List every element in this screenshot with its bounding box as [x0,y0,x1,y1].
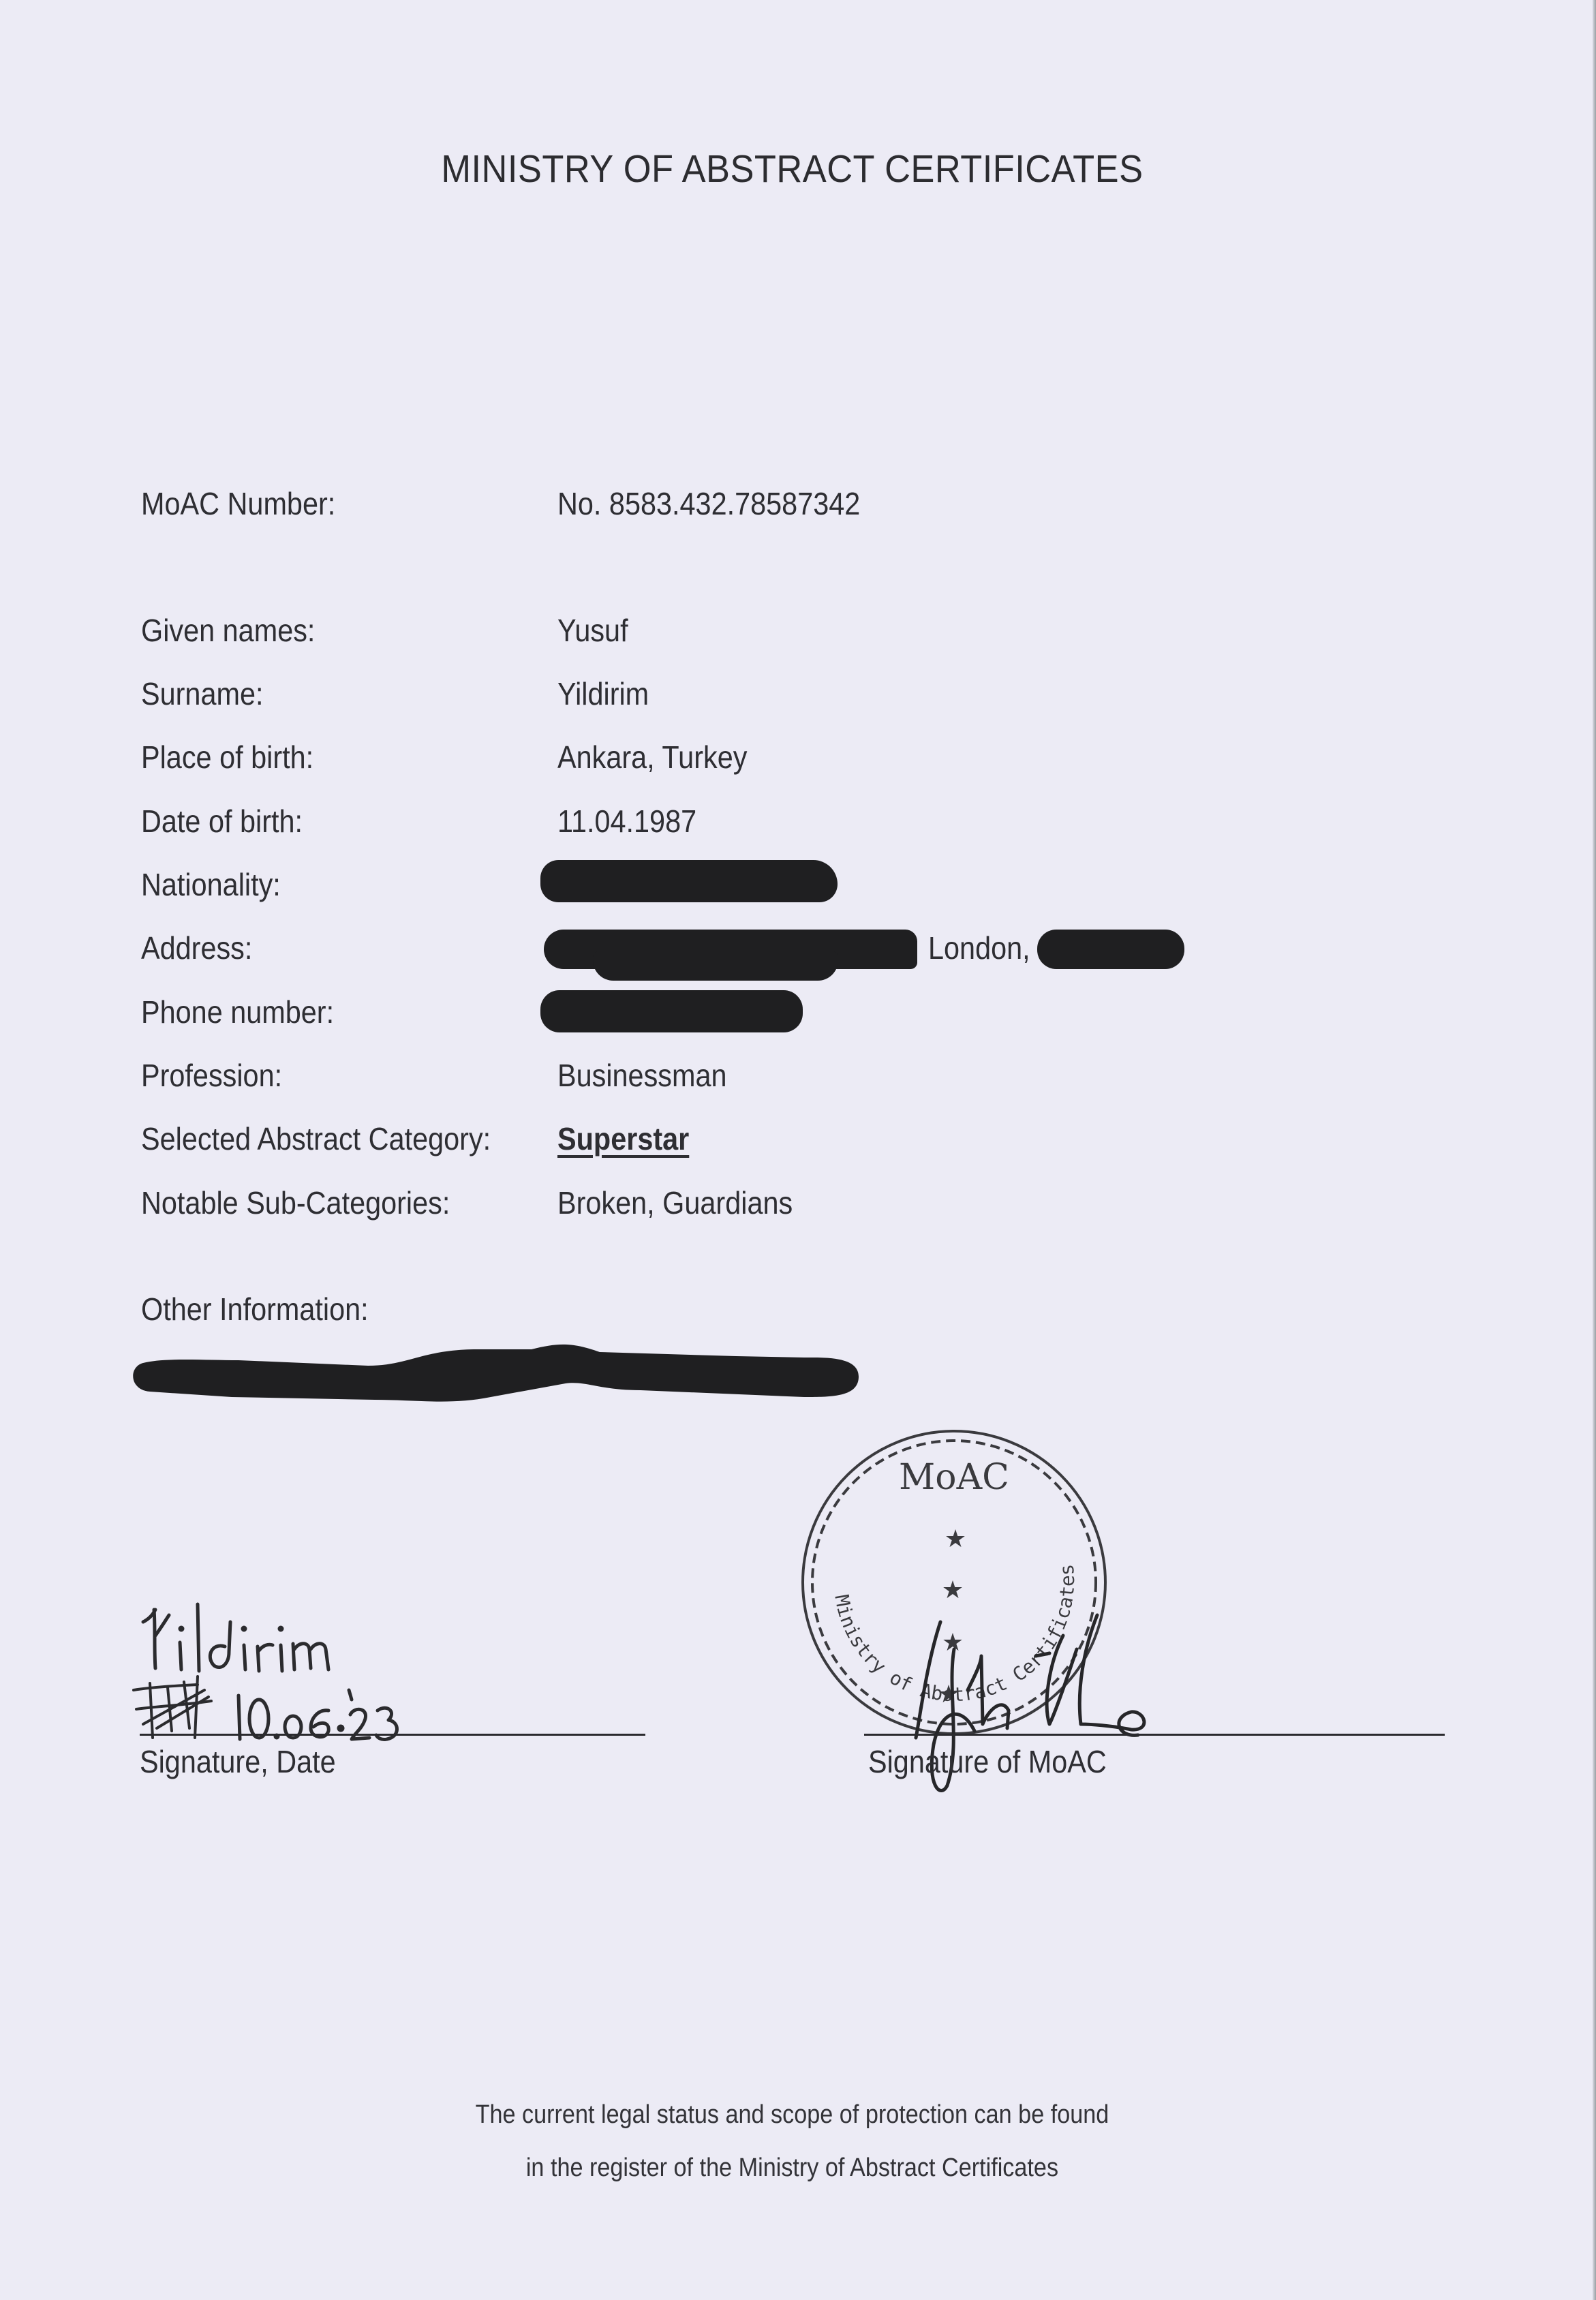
field-value: 11.04.1987 [557,803,696,840]
footer-line-1: The current legal status and scope of pr… [79,2100,1505,2130]
holder-handwritten-signature [129,1595,470,1745]
redaction-address-postcode [1037,930,1184,969]
moac-signature-caption: Signature of MoAC [868,1743,1107,1780]
field-label: Notable Sub-Categories: [141,1184,450,1221]
field-abstract-category: Selected Abstract Category: Superstar [0,1120,1596,1161]
field-sub-categories: Notable Sub-Categories: Broken, Guardian… [0,1184,1596,1225]
field-value: Ankara, Turkey [557,739,747,776]
field-label: Nationality: [141,866,281,903]
stamp-center-text: MoAC [899,1457,1009,1498]
field-label: Phone number: [141,994,334,1030]
field-value-city: London, [928,930,1030,966]
redaction-nationality [540,860,838,902]
field-profession: Profession: Businessman [0,1057,1596,1098]
field-label: Given names: [141,612,315,649]
field-label: Place of birth: [141,739,313,776]
field-value: Yusuf [557,612,628,649]
field-value: Yildirim [557,675,649,712]
field-label: Profession: [141,1057,282,1094]
star-icon: ★ [942,1576,964,1604]
redaction-address-street-lower [593,951,838,981]
footer-line-2: in the register of the Ministry of Abstr… [79,2153,1505,2183]
field-moac-number: MoAC Number: No. 8583.432.78587342 [0,485,1596,526]
document-title: MINISTRY OF ABSTRACT CERTIFICATES [63,147,1521,191]
field-date-of-birth: Date of birth: 11.04.1987 [0,803,1596,844]
field-label: Other Information: [141,1291,369,1328]
field-surname: Surname: Yildirim [0,675,1596,716]
field-value: Businessman [557,1057,727,1094]
field-label: Date of birth: [141,803,303,840]
field-value: Superstar [557,1120,689,1157]
field-value: Broken, Guardians [557,1184,793,1221]
field-given-names: Given names: Yusuf [0,612,1596,653]
field-place-of-birth: Place of birth: Ankara, Turkey [0,739,1596,780]
field-value: No. 8583.432.78587342 [557,485,860,522]
field-label: MoAC Number: [141,485,335,522]
star-icon: ★ [945,1525,966,1553]
moac-signature-line [864,1734,1445,1736]
field-label: Address: [141,930,252,966]
holder-signature-line [140,1734,645,1736]
redaction-phone [540,990,803,1032]
field-other-information: Other Information: [0,1291,1596,1332]
field-label: Selected Abstract Category: [141,1120,491,1157]
holder-signature-caption: Signature, Date [140,1743,336,1780]
redaction-other-information [123,1343,872,1411]
field-label: Surname: [141,675,263,712]
